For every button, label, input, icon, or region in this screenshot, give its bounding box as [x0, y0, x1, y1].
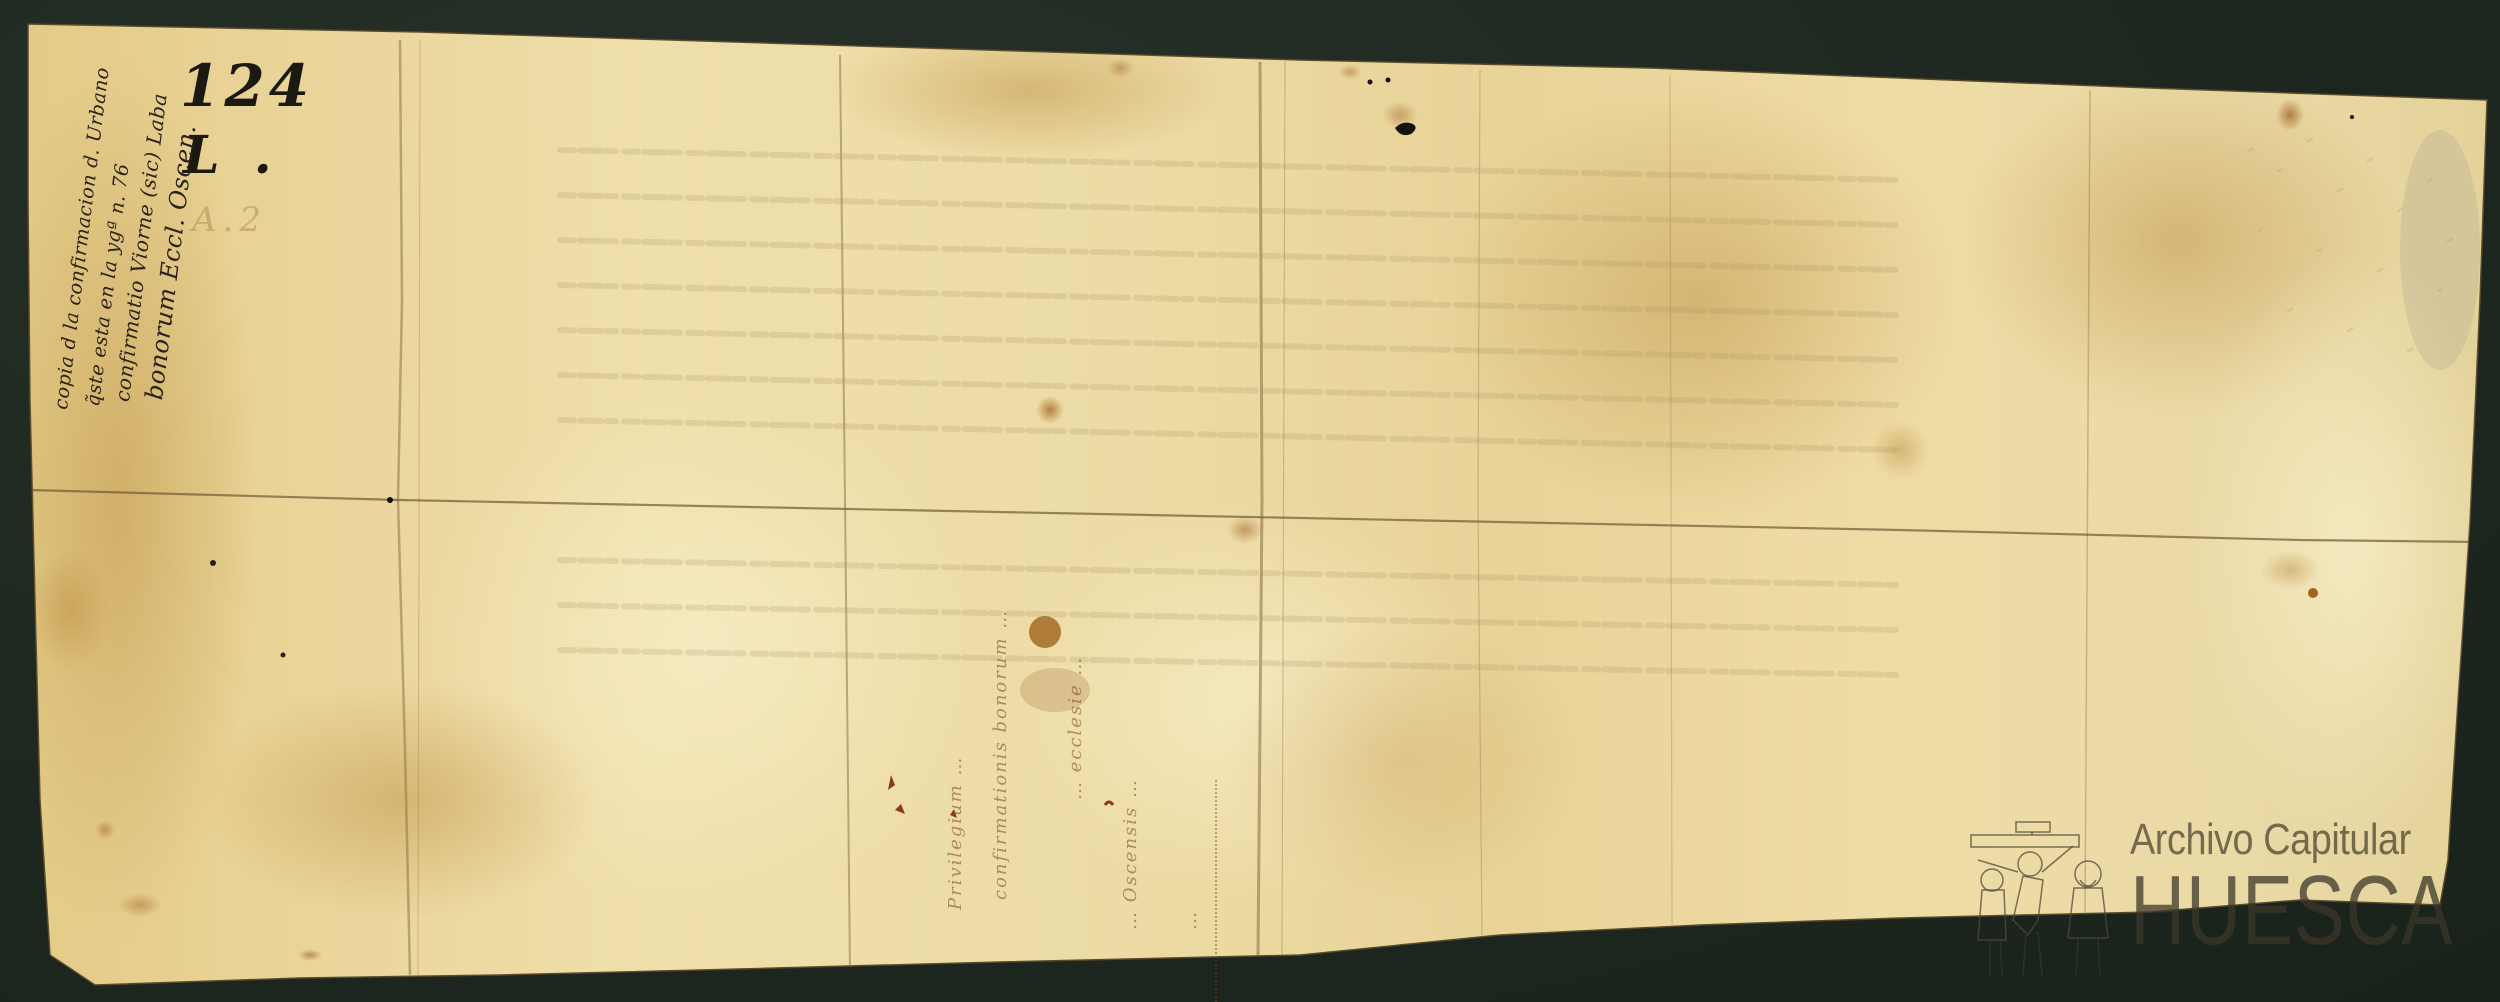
dorsal-note-5: … [1180, 910, 1201, 930]
shelfmark-number: 124 [180, 52, 313, 120]
dorsal-note-3: … ecclesie … [1065, 656, 1086, 800]
archive-watermark: Archivo Capitular HUESCA [2130, 818, 2500, 956]
dorsal-note-1: Privilegium … [945, 756, 966, 910]
parchment-sheet [0, 0, 2500, 1002]
watermark-line-2: HUESCA [2130, 864, 2453, 956]
crucifixion-logo-icon [1968, 820, 2118, 980]
dorsal-note-6 [1215, 780, 1225, 1002]
shelfmark-letter: L. [183, 125, 306, 186]
parchment-document: 124 L. A.2 copia d la confirmacion d. Ur… [0, 0, 2500, 1002]
faded-mark: A.2 [192, 200, 267, 240]
dorsal-note-2: confirmationis bonorum … [990, 609, 1011, 900]
dorsal-note-4: … Oscensis … [1120, 778, 1141, 930]
